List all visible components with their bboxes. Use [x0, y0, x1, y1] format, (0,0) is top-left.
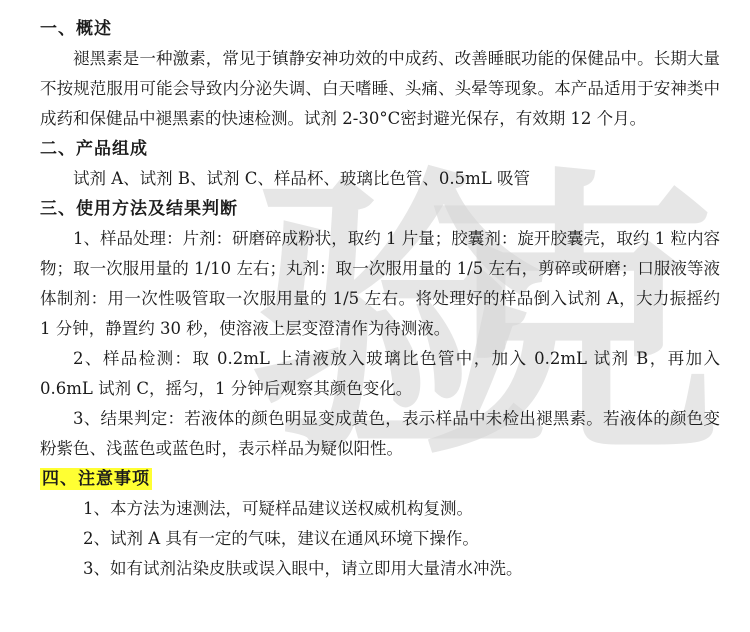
section-heading-usage: 三、使用方法及结果判断 — [40, 194, 720, 224]
document-page: 一、概述 褪黑素是一种激素，常见于镇静安神功效的中成药、改善睡眠功能的保健品中。… — [0, 0, 750, 584]
section-heading-notes: 四、注意事项 — [40, 464, 720, 494]
section-heading-overview: 一、概述 — [40, 14, 720, 44]
usage-step-result-judgement: 3、结果判定：若液体的颜色明显变成黄色，表示样品中未检出褪黑素。若液体的颜色变粉… — [40, 404, 720, 464]
highlighted-heading-text: 四、注意事项 — [40, 468, 152, 490]
usage-step-sample-processing: 1、样品处理：片剂：研磨碎成粉状，取约 1 片量；胶囊剂：旋开胶囊壳，取约 1 … — [40, 224, 720, 344]
overview-paragraph: 褪黑素是一种激素，常见于镇静安神功效的中成药、改善睡眠功能的保健品中。长期大量不… — [40, 44, 720, 134]
note-item: 2、试剂 A 具有一定的气味，建议在通风环境下操作。 — [40, 524, 720, 554]
composition-paragraph: 试剂 A、试剂 B、试剂 C、样品杯、玻璃比色管、0.5mL 吸管 — [40, 164, 720, 194]
usage-step-sample-detection: 2、样品检测：取 0.2mL 上清液放入玻璃比色管中，加入 0.2mL 试剂 B… — [40, 344, 720, 404]
section-heading-composition: 二、产品组成 — [40, 134, 720, 164]
note-item: 1、本方法为速测法，可疑样品建议送权威机构复测。 — [40, 494, 720, 524]
note-item: 3、如有试剂沾染皮肤或误入眼中，请立即用大量清水冲洗。 — [40, 554, 720, 584]
